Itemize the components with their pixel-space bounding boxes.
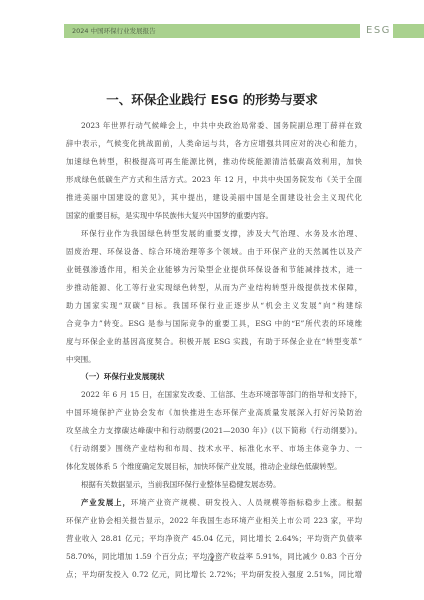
paragraph-line: 步推动能源、化工等行业实现绿色转型，从而为产业结构转型升级提供技术保障， [66, 283, 362, 293]
paragraph-line: 点；平均研发投入 0.72 亿元，同比增长 2.72%；平均研发投入强度 2.5… [66, 570, 362, 580]
paragraph-text: 环境产业资产规模、研发投入、人员规模等指标稳步上涨。根据 [131, 498, 362, 507]
header-accent-block [393, 24, 424, 38]
paragraph-line: 攻坚战全力支撑碳达峰碳中和行动纲要(2021—2030 年)》(以下简称《行动纲… [66, 426, 362, 436]
paragraph-line: 形成绿色低碳生产方式和生活方式。2023 年 12 月，中共中央国务院发布《关于… [66, 175, 362, 185]
paragraph-line: 2022 年 6 月 15 日，在国家发改委、工信部、生态环境部等部门的指导和支… [81, 390, 362, 400]
subsection-heading: （一）环保行业发展现状 [81, 372, 165, 382]
paragraph-line: 度与环保企业的基因高度契合。积极开展 ESG 实践，有助于环保企业在“转型变革” [66, 337, 362, 347]
paragraph-line: 营业收入 28.81 亿元；平均净资产 45.04 亿元，同比增长 2.64%；… [66, 534, 362, 544]
paragraph-line: 中国环境保护产业协会发布《加快推进生态环保产业高质量发展深入打好污染防治 [66, 408, 362, 418]
paragraph-line: 2023 年世界行动气候峰会上，中共中央政治局常委、国务院副总理丁薛祥在致 [81, 121, 362, 131]
paragraph-line: 环保产业协会相关报告显示，2022 年我国生态环境产业相关上市公司 223 家，… [66, 516, 362, 526]
section-title: 一、环保企业践行 ESG 的形势与要求 [0, 90, 424, 108]
header-tag-esg: ESG [366, 24, 390, 38]
paragraph-line: 辞中表示，气候变化挑战面前，人类命运与共，各方应增强共同应对的决心和能力， [66, 139, 362, 149]
paragraph-line: 《行动纲要》围绕产业结构和布局、技术水平、标准化水平、市场主体竞争力、一 [66, 444, 362, 454]
paragraph-line: 合竞争力”转变。ESG 是参与国际竞争的重要工具，ESG 中的“E”所代表的环境… [66, 319, 362, 329]
report-title: 2024 中国环保行业发展报告 [72, 26, 156, 36]
paragraph-line: 中突围。 [66, 355, 362, 365]
page-number: —4— [0, 556, 424, 564]
paragraph-line: 体化发展体系 5 个维度确定发展目标，加快环保产业发展，推动企业绿色低碳转型。 [66, 462, 362, 472]
paragraph-line: 助力国家实现“双碳”目标。我国环保行业正逐步从“机会主义发展”向“构建综 [66, 301, 362, 311]
bold-lead-text: 产业发展上， [81, 498, 131, 507]
paragraph-line: 业链强渗透作用，相关企业能够为污染型企业提供环保设备和节能减排技术，进一 [66, 265, 362, 275]
paragraph-line: 环保行业作为我国绿色转型发展的重要支撑，涉及大气治理、水务及水治理、 [81, 229, 362, 239]
paragraph-line: 加速绿色转型，积极提高可再生能源比例，推动传统能源清洁低碳高效利用，加快 [66, 157, 362, 167]
paragraph-line: 国家的重要目标，是实现中华民族伟大复兴中国梦的重要内容。 [66, 211, 362, 221]
paragraph-line: 产业发展上，环境产业资产规模、研发投入、人员规模等指标稳步上涨。根据 [81, 498, 362, 508]
header-bar: 2024 中国环保行业发展报告 [64, 24, 360, 38]
paragraph-line: 固废治理、环保设备、综合环境治理等多个领域。由于环保产业的天然属性以及产 [66, 247, 362, 257]
paragraph-line: 根据有关数据显示，当前我国环保行业整体呈稳健发展态势。 [81, 480, 362, 490]
paragraph-line: 推进美丽中国建设的意见》，其中提出，建设美丽中国是全面建设社会主义现代化 [66, 193, 362, 203]
